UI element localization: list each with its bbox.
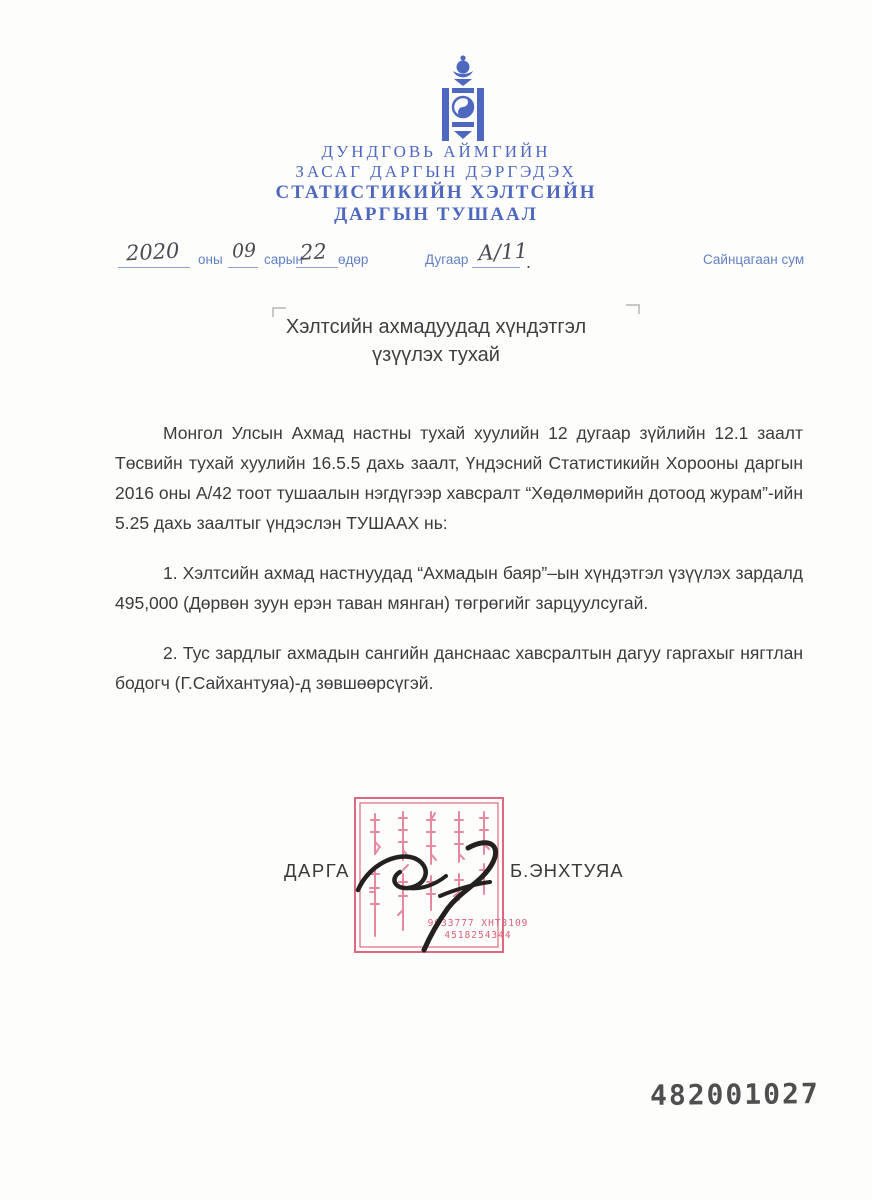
signer-name: Б.ЭНХТУЯА	[510, 860, 624, 882]
stamped-document-number: 482001027	[650, 1077, 820, 1112]
org-line-2: ЗАСАГ ДАРГЫН ДЭРГЭДЭХ	[0, 162, 872, 182]
order-item-1-text: 1. Хэлтсийн ахмад настнуудад “Ахмадын ба…	[115, 558, 803, 618]
org-line-3: СТАТИСТИКИЙН ХЭЛТСИЙН	[0, 182, 872, 204]
handwritten-number: А/11	[477, 239, 528, 266]
dateline: 2020 оны 09 сарын 22 өдөр Дугаар А/11 . …	[0, 238, 872, 278]
number-label: Дугаар	[425, 252, 468, 267]
order-item-1: 1. Хэлтсийн ахмад настнуудад “Ахмадын ба…	[115, 558, 803, 618]
signature-ink-icon	[340, 832, 540, 962]
handwritten-year: 2020	[125, 239, 180, 266]
day-label: өдөр	[338, 252, 368, 267]
signature-area: ДАРГА 9033777 ХНТ3109 4518254344	[0, 790, 872, 970]
document-page: ДУНДГОВЬ АЙМГИЙН ЗАСАГ ДАРГЫН ДЭРГЭДЭХ С…	[0, 0, 872, 1200]
document-title: Хэлтсийн ахмадуудад хүндэтгэл үзүүлэх ту…	[0, 313, 872, 369]
org-line-1: ДУНДГОВЬ АЙМГИЙН	[0, 142, 872, 162]
day-underline	[296, 267, 338, 268]
month-label: сарын	[264, 252, 303, 267]
title-line-1: Хэлтсийн ахмадуудад хүндэтгэл	[0, 313, 872, 341]
order-item-2-text: 2. Тус зардлыг ахмадын сангийн данснаас …	[115, 638, 803, 698]
number-period: .	[526, 252, 531, 273]
year-label: оны	[198, 252, 223, 267]
year-underline	[118, 267, 190, 268]
handwritten-day: 22	[299, 239, 327, 264]
preamble-paragraph: Монгол Улсын Ахмад настны тухай хуулийн …	[115, 418, 803, 538]
handwritten-month: 09	[231, 239, 256, 262]
organization-header: ДУНДГОВЬ АЙМГИЙН ЗАСАГ ДАРГЫН ДЭРГЭДЭХ С…	[0, 142, 872, 226]
soyombo-emblem-icon	[434, 55, 492, 141]
order-item-2: 2. Тус зардлыг ахмадын сангийн данснаас …	[115, 638, 803, 698]
month-underline	[228, 267, 258, 268]
preamble-text: Монгол Улсын Ахмад настны тухай хуулийн …	[115, 418, 803, 538]
title-line-2: үзүүлэх тухай	[0, 341, 872, 369]
org-line-4: ДАРГЫН ТУШААЛ	[0, 204, 872, 226]
location-label: Сайнцагаан сум	[703, 252, 804, 267]
number-underline	[472, 267, 520, 268]
